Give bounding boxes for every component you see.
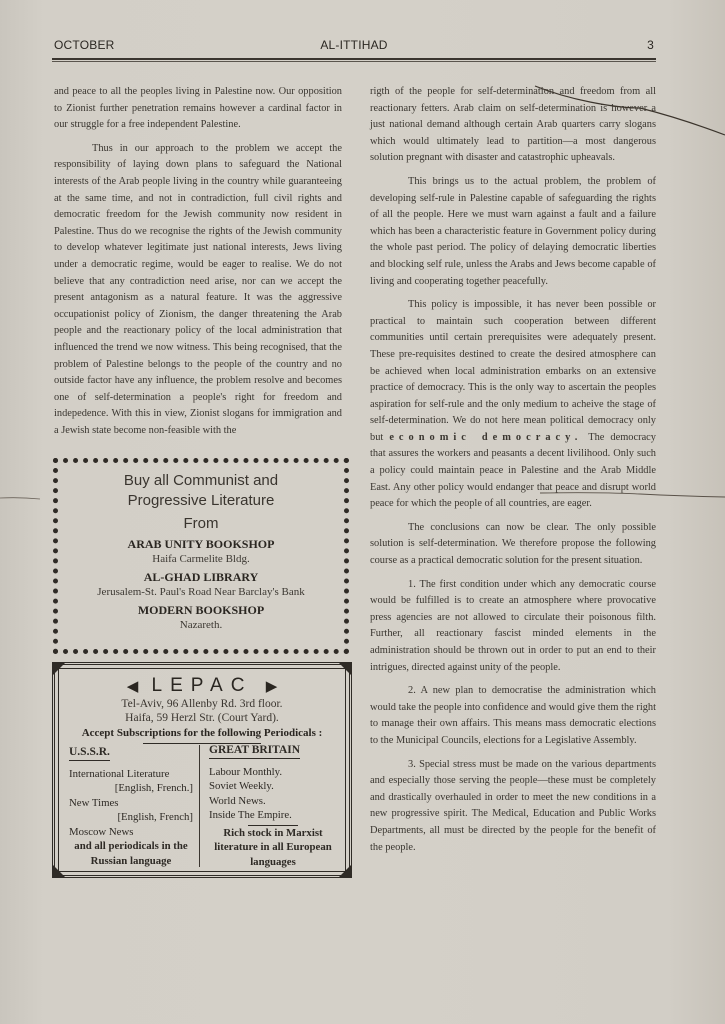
subscription-note: Accept Subscriptions for the following P… — [55, 727, 349, 739]
right-column-article: rigth of the people for self-determinati… — [370, 84, 656, 856]
lepac-address: Haifa, 59 Herzl Str. (Court Yard). — [55, 711, 349, 725]
article-paragraph: This policy is impossible, it has never … — [370, 297, 656, 513]
periodical-title: Moscow News — [69, 825, 193, 840]
ussr-footer: and all periodicals in the Russian langu… — [69, 839, 193, 868]
article-paragraph: and peace to all the peoples living in P… — [54, 84, 342, 134]
ad-from: From — [58, 515, 344, 532]
arrow-right-icon: ▶ — [266, 678, 278, 695]
periodical-title: International Literature — [69, 767, 193, 782]
lepac-address: Tel-Aviv, 96 Allenby Rd. 3rd floor. — [55, 697, 349, 711]
britain-column: GREAT BRITAIN Labour Monthly. Soviet Wee… — [209, 743, 337, 869]
left-column-article: and peace to all the peoples living in P… — [54, 84, 342, 439]
ad-headline: Progressive Literature — [58, 492, 344, 509]
shop-address: Nazareth. — [58, 619, 344, 631]
arrow-left-icon: ◀ — [127, 678, 139, 695]
britain-footer: Rich stock in Marxist literature in all … — [209, 826, 337, 870]
lepac-name: LEPAC — [152, 675, 253, 696]
numbered-point: 1. The first condition under which any d… — [370, 577, 656, 677]
shop-name: AL-GHAD LIBRARY — [58, 570, 344, 585]
emphasis-text: economic democracy. — [389, 432, 582, 443]
numbered-point: 2. A new plan to democratise the adminis… — [370, 683, 656, 749]
publication-title: AL-ITTIHAD — [54, 38, 654, 52]
article-paragraph: This brings us to the actual problem, th… — [370, 174, 656, 290]
periodical-languages: [English, French] — [69, 810, 193, 825]
britain-heading: GREAT BRITAIN — [209, 743, 300, 759]
shop-name: ARAB UNITY BOOKSHOP — [58, 537, 344, 552]
bookshop-advertisement: Buy all Communist and Progressive Litera… — [53, 458, 349, 654]
corner-ornament — [52, 662, 66, 676]
corner-ornament — [338, 662, 352, 676]
periodical-languages: [English, French.] — [69, 781, 193, 796]
lepac-advertisement: ◀ LEPAC ▶ Tel-Aviv, 96 Allenby Rd. 3rd f… — [52, 662, 352, 878]
numbered-point: 3. Special stress must be made on the va… — [370, 757, 656, 857]
article-paragraph: The conclusions can now be clear. The on… — [370, 520, 656, 570]
page-header: OCTOBER AL-ITTIHAD 3 — [54, 38, 654, 56]
header-rule — [52, 58, 656, 62]
periodical-title: Soviet Weekly. — [209, 779, 337, 794]
shop-name: MODERN BOOKSHOP — [58, 603, 344, 618]
ad-headline: Buy all Communist and — [58, 472, 344, 489]
article-paragraph: Thus in our approach to the problem we a… — [54, 141, 342, 440]
text-run: The democracy that assures the workers a… — [370, 432, 656, 509]
periodical-title: New Times — [69, 796, 193, 811]
periodical-title: Labour Monthly. — [209, 765, 337, 780]
page-number: 3 — [647, 38, 654, 52]
corner-ornament — [338, 864, 352, 878]
ussr-heading: U.S.S.R. — [69, 745, 110, 761]
column-divider — [199, 745, 200, 867]
shop-address: Jerusalem-St. Paul's Road Near Barclay's… — [58, 586, 344, 598]
article-paragraph: rigth of the people for self-determinati… — [370, 84, 656, 167]
shop-address: Haifa Carmelite Bldg. — [58, 553, 344, 565]
newspaper-page: OCTOBER AL-ITTIHAD 3 and peace to all th… — [0, 0, 725, 1024]
periodicals-table: U.S.S.R. International Literature [Engli… — [69, 745, 339, 867]
lepac-title: ◀ LEPAC ▶ — [55, 675, 349, 697]
periodical-title: Inside The Empire. — [209, 808, 337, 823]
ussr-column: U.S.S.R. International Literature [Engli… — [69, 745, 193, 868]
periodical-title: World News. — [209, 794, 337, 809]
text-run: This policy is impossible, it has never … — [370, 299, 656, 443]
corner-ornament — [52, 864, 66, 878]
